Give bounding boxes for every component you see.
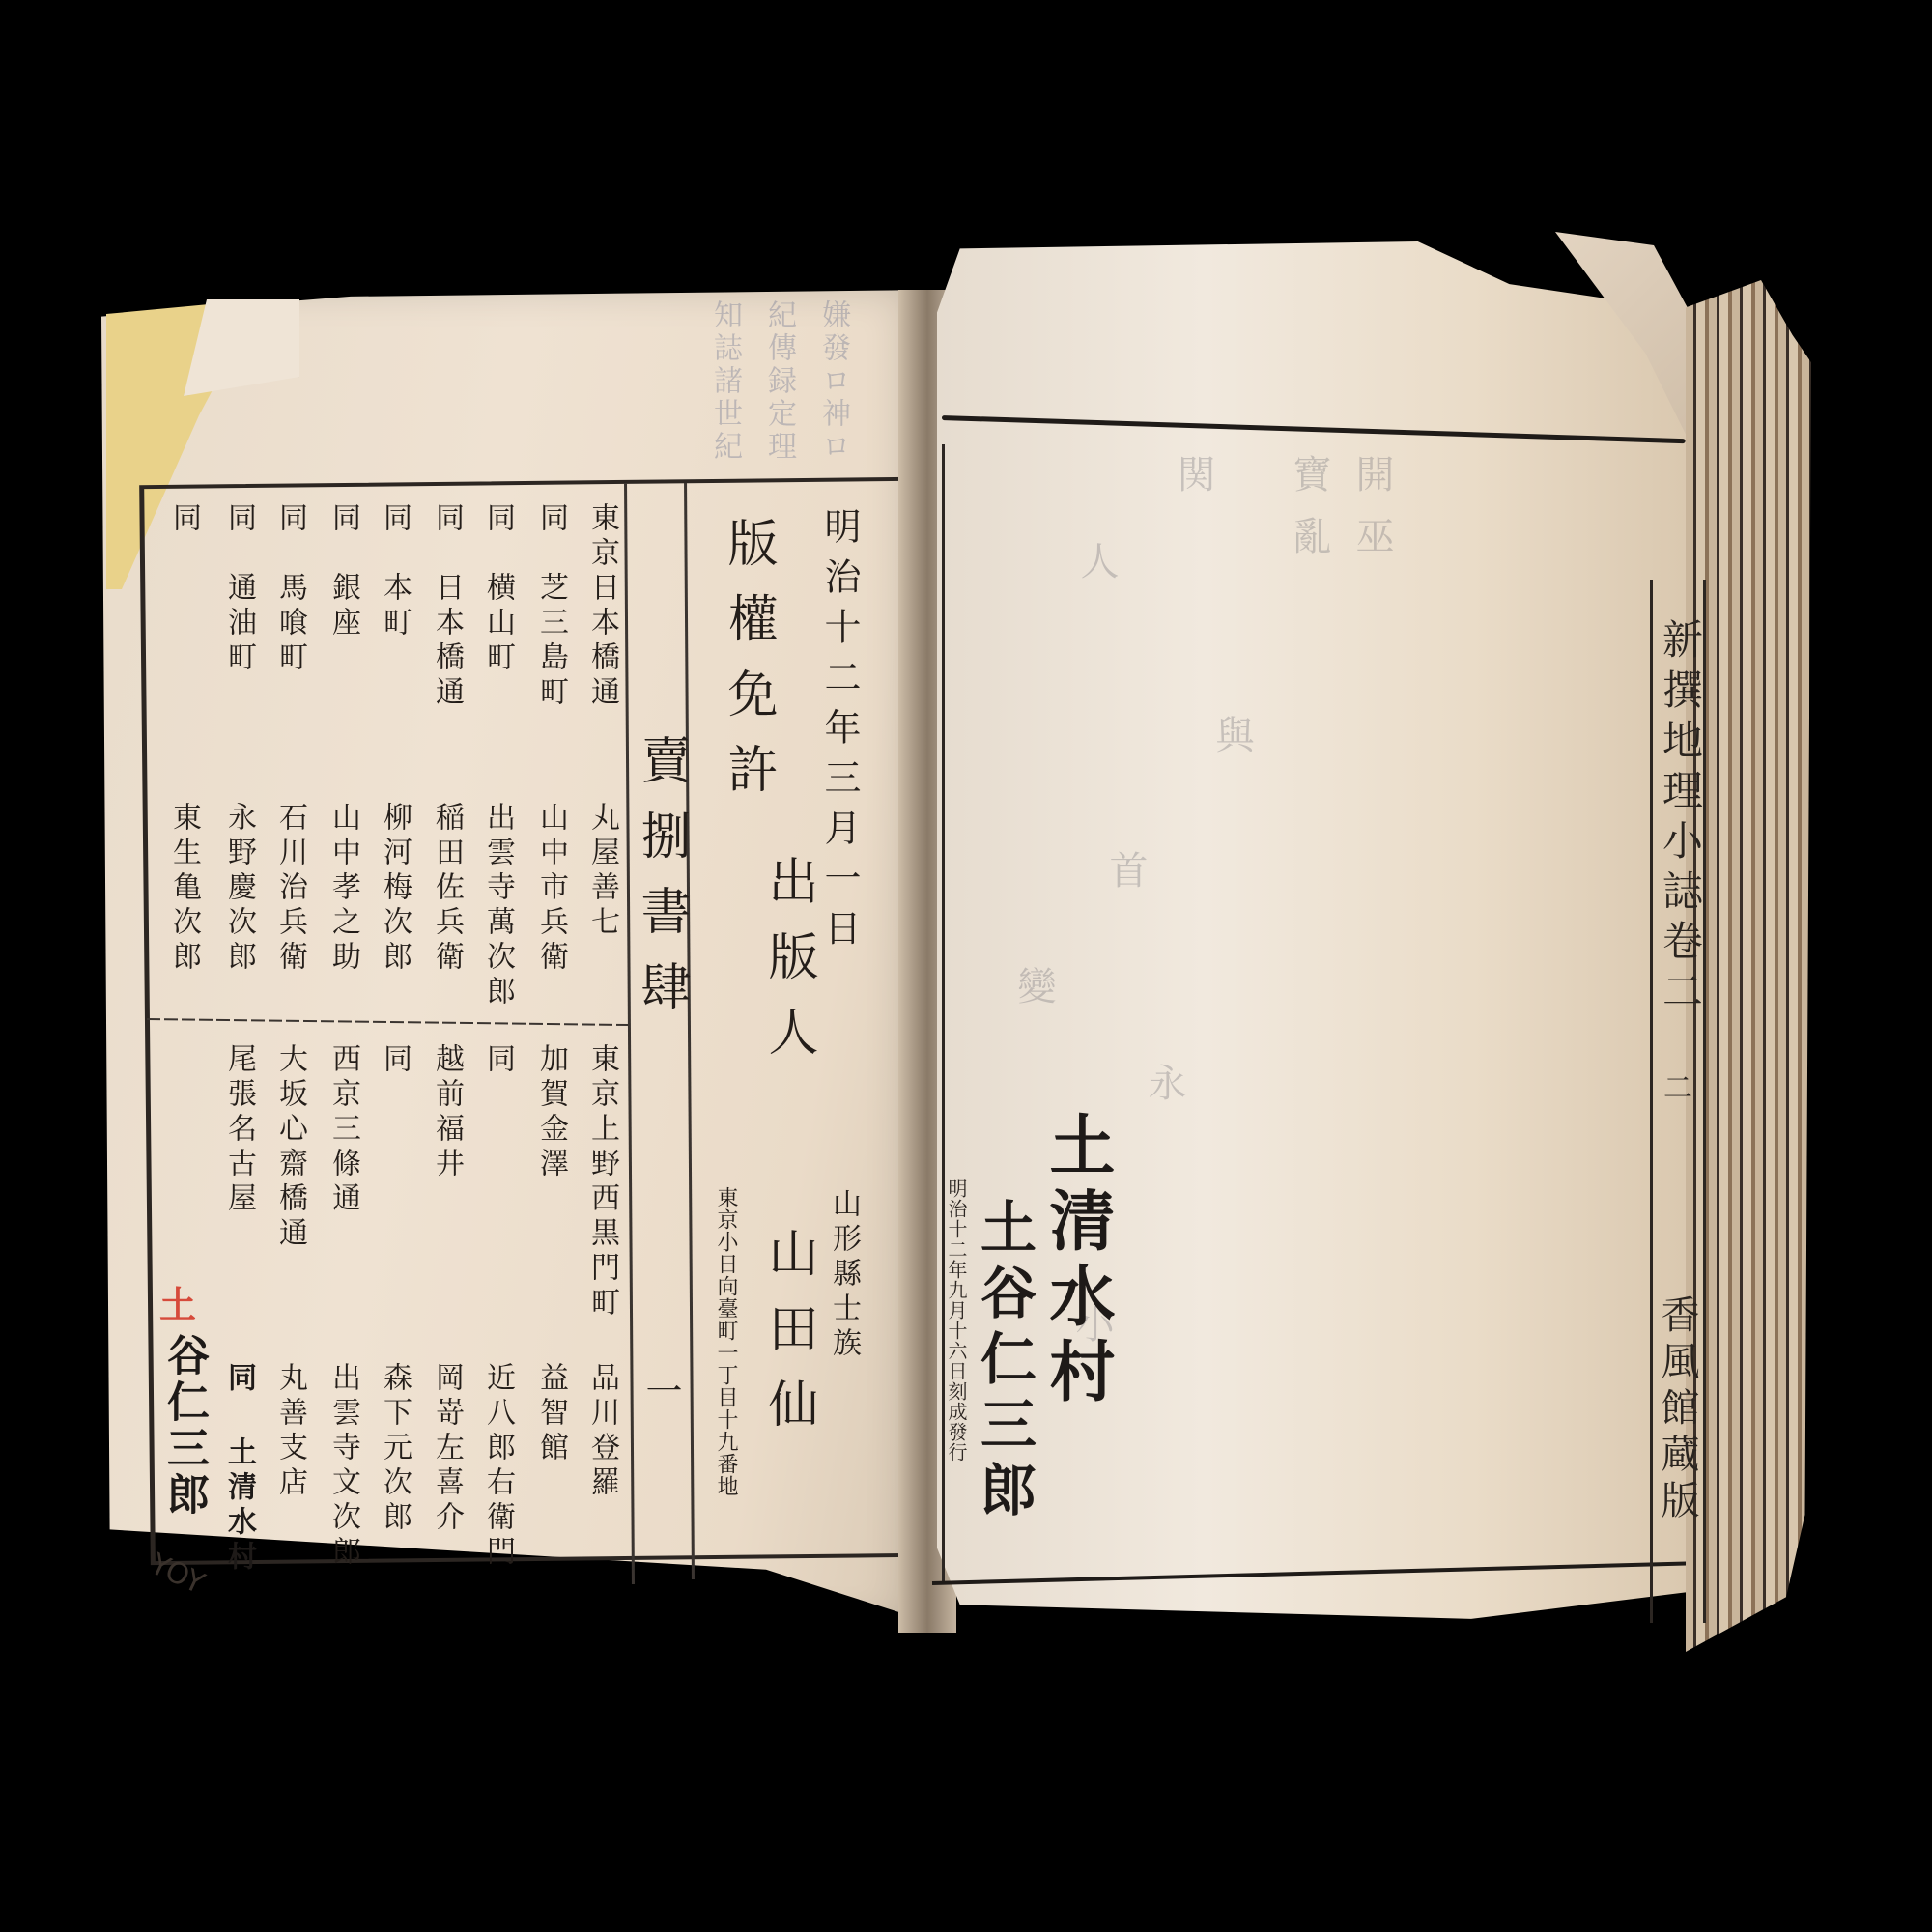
- seller-place: 同: [169, 502, 198, 537]
- seller-place: 同: [380, 1043, 409, 1078]
- seller-place: 東京日本橋通: [587, 502, 616, 711]
- faded-stamp: 嫌發ロ神ロ 紀傳録定理 知誌諸世紀: [483, 290, 869, 493]
- seller-place: 西京三條通: [328, 1043, 357, 1217]
- ghost-column: 寶亂: [1290, 454, 1328, 578]
- seller-name: 丸善支店: [275, 1362, 304, 1501]
- seller-name: 丸屋善七: [587, 802, 616, 941]
- seller-name: 品川登羅: [587, 1362, 616, 1501]
- spine-publisher: 香風館蔵版: [1658, 1294, 1696, 1526]
- seller-name: 出雲寺萬次郎: [483, 802, 512, 1010]
- handwritten-owner-name: 谷仁三郎: [162, 1333, 205, 1519]
- ghost-column: 變: [1014, 966, 1053, 1028]
- seller-place: 越前福井: [432, 1043, 461, 1182]
- publisher-label: 出版人: [763, 855, 813, 1081]
- spine-title: 新撰地理小誌卷二: [1660, 618, 1700, 1020]
- ghost-column: 永: [1145, 1063, 1183, 1124]
- seller-name: 益智館: [536, 1362, 565, 1466]
- handwritten-village: 土清水村: [1043, 1111, 1109, 1412]
- seller-name: 岡嵜左喜介: [432, 1362, 461, 1536]
- handwritten-owner: 土谷仁三郎: [976, 1198, 1032, 1526]
- seller-place: 東京上野西黒門町: [587, 1043, 616, 1321]
- seller-name: 柳河梅次郎: [380, 802, 409, 976]
- seller-name: 石川治兵衛: [275, 802, 304, 976]
- publication-date: 明治十二年三月一日: [821, 507, 858, 959]
- copyright-notice: 版權免許: [723, 517, 773, 818]
- stamp-line: 知誌諸世紀: [708, 299, 742, 464]
- seller-name: 東生亀次郎: [169, 802, 198, 976]
- seller-name: 永野慶次郎: [224, 802, 253, 976]
- seller-place: 同 日本橋通: [432, 502, 461, 711]
- seller-name: 山中孝之助: [328, 802, 357, 976]
- seller-place: 加賀金澤: [536, 1043, 565, 1182]
- seller-place: 尾張名古屋: [224, 1043, 253, 1217]
- sellers-mark: 一: [642, 1372, 679, 1422]
- ghost-column: 首: [1106, 850, 1145, 912]
- seller-place: 同 芝三島町: [536, 502, 565, 711]
- seller-place: 同 横山町: [483, 502, 512, 676]
- seller-name: 出雲寺文次郎: [328, 1362, 357, 1571]
- stamp-line: 嫌發ロ神ロ: [816, 299, 850, 464]
- seller-place: 同 本町: [380, 502, 409, 641]
- seller-name: 山中市兵衛: [536, 802, 565, 976]
- seller-place: 同 馬喰町: [275, 502, 304, 676]
- ghost-column: 人: [1077, 541, 1116, 603]
- seller-place: 同: [483, 1043, 512, 1078]
- seller-name: 近八郎右衛門: [483, 1362, 512, 1571]
- ghost-column: 関: [1174, 454, 1212, 516]
- red-ink-mark: 土: [159, 1275, 196, 1328]
- ghost-column: 開巫: [1352, 454, 1391, 578]
- stamp-line: 紀傳録定理: [762, 299, 796, 464]
- seller-place: 大坂心齋橋通: [275, 1043, 304, 1252]
- seller-place: 同 通油町: [224, 502, 253, 676]
- seller-place: 同 銀座: [328, 502, 357, 641]
- print-date-note: 明治十二年九月十六日刻成發行: [947, 1179, 966, 1463]
- publisher-address: 東京小日向臺町一丁目十九番地: [715, 1186, 736, 1497]
- seller-name-handwritten: 同 土清水村: [224, 1362, 253, 1576]
- publisher-origin: 山形縣士族: [829, 1188, 858, 1362]
- seller-name: 稲田佐兵衛: [432, 802, 461, 976]
- publisher-name: 山田仙: [763, 1227, 813, 1453]
- seller-name: 森下元次郎: [380, 1362, 409, 1536]
- ghost-column: 與: [1212, 715, 1251, 777]
- sellers-label: 賣捌書肆: [636, 734, 686, 1036]
- spine-number: 二: [1660, 1072, 1689, 1101]
